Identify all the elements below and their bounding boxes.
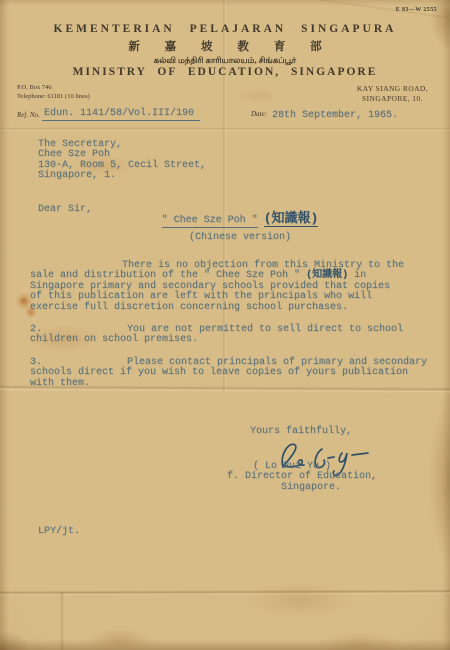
recipient-line: Singapore, 1. [38,171,206,181]
typist-reference: LPY/jt. [38,527,80,537]
form-number: E 83—W 2555 [396,7,437,13]
horizontal-crease-top [0,127,450,131]
letter-body: There is no objection from this Ministry… [30,261,426,389]
date-value: 28th September, 1965. [272,111,398,121]
horizontal-crease-bottom [0,589,450,596]
letterhead-english: MINISTRY OF EDUCATION, SINGAPORE [0,66,450,78]
paragraph1-line: exercise full discretion concerning scho… [30,303,426,313]
office-address-line1: KAY SIANG ROAD, [357,84,428,94]
body-chinese-handwritten: (知識報) [306,270,348,281]
subject-chinese-handwritten: (知識報) [264,211,319,227]
letterhead-malay: KEMENTERIAN PELAJARAN SINGAPURA [0,23,450,35]
subject-title: " Chee Sze Poh " [162,215,258,228]
recipient-address: The Secretary, Chee Sze Poh 130-A, Room … [38,140,206,182]
office-address: KAY SIANG ROAD, SINGAPORE, 10. [357,84,428,103]
ref-no-label: Ref. No. [17,111,40,119]
po-box: P.O. Box 746 [17,84,52,91]
date-label: Date: [251,110,267,118]
valediction: Yours faithfully, [250,427,352,437]
paragraph3-line: with them. [30,379,426,389]
office-address-line2: SINGAPORE, 10. [357,94,428,104]
ref-no-value: Edun. 1141/58/Vol.III/190 [42,109,200,121]
signer-location: Singapore. [281,483,341,493]
paragraph2-line: children on school premises. [30,335,426,345]
subject-subtitle: (Chinese version) [100,233,380,243]
letterhead-chinese: 新 嘉 坡 教 育 部 [0,38,450,54]
subject-line: " Chee Sze Poh " (知識報) [100,214,380,226]
vertical-crease-bottom-left [60,592,64,650]
signer-title: f. Director of Education, [227,472,377,482]
salutation: Dear Sir, [38,205,92,215]
telephone: Telephone: 61181 (10 lines) [17,93,90,100]
letter-page: E 83—W 2555 KEMENTERIAN PELAJARAN SINGAP… [0,0,450,650]
